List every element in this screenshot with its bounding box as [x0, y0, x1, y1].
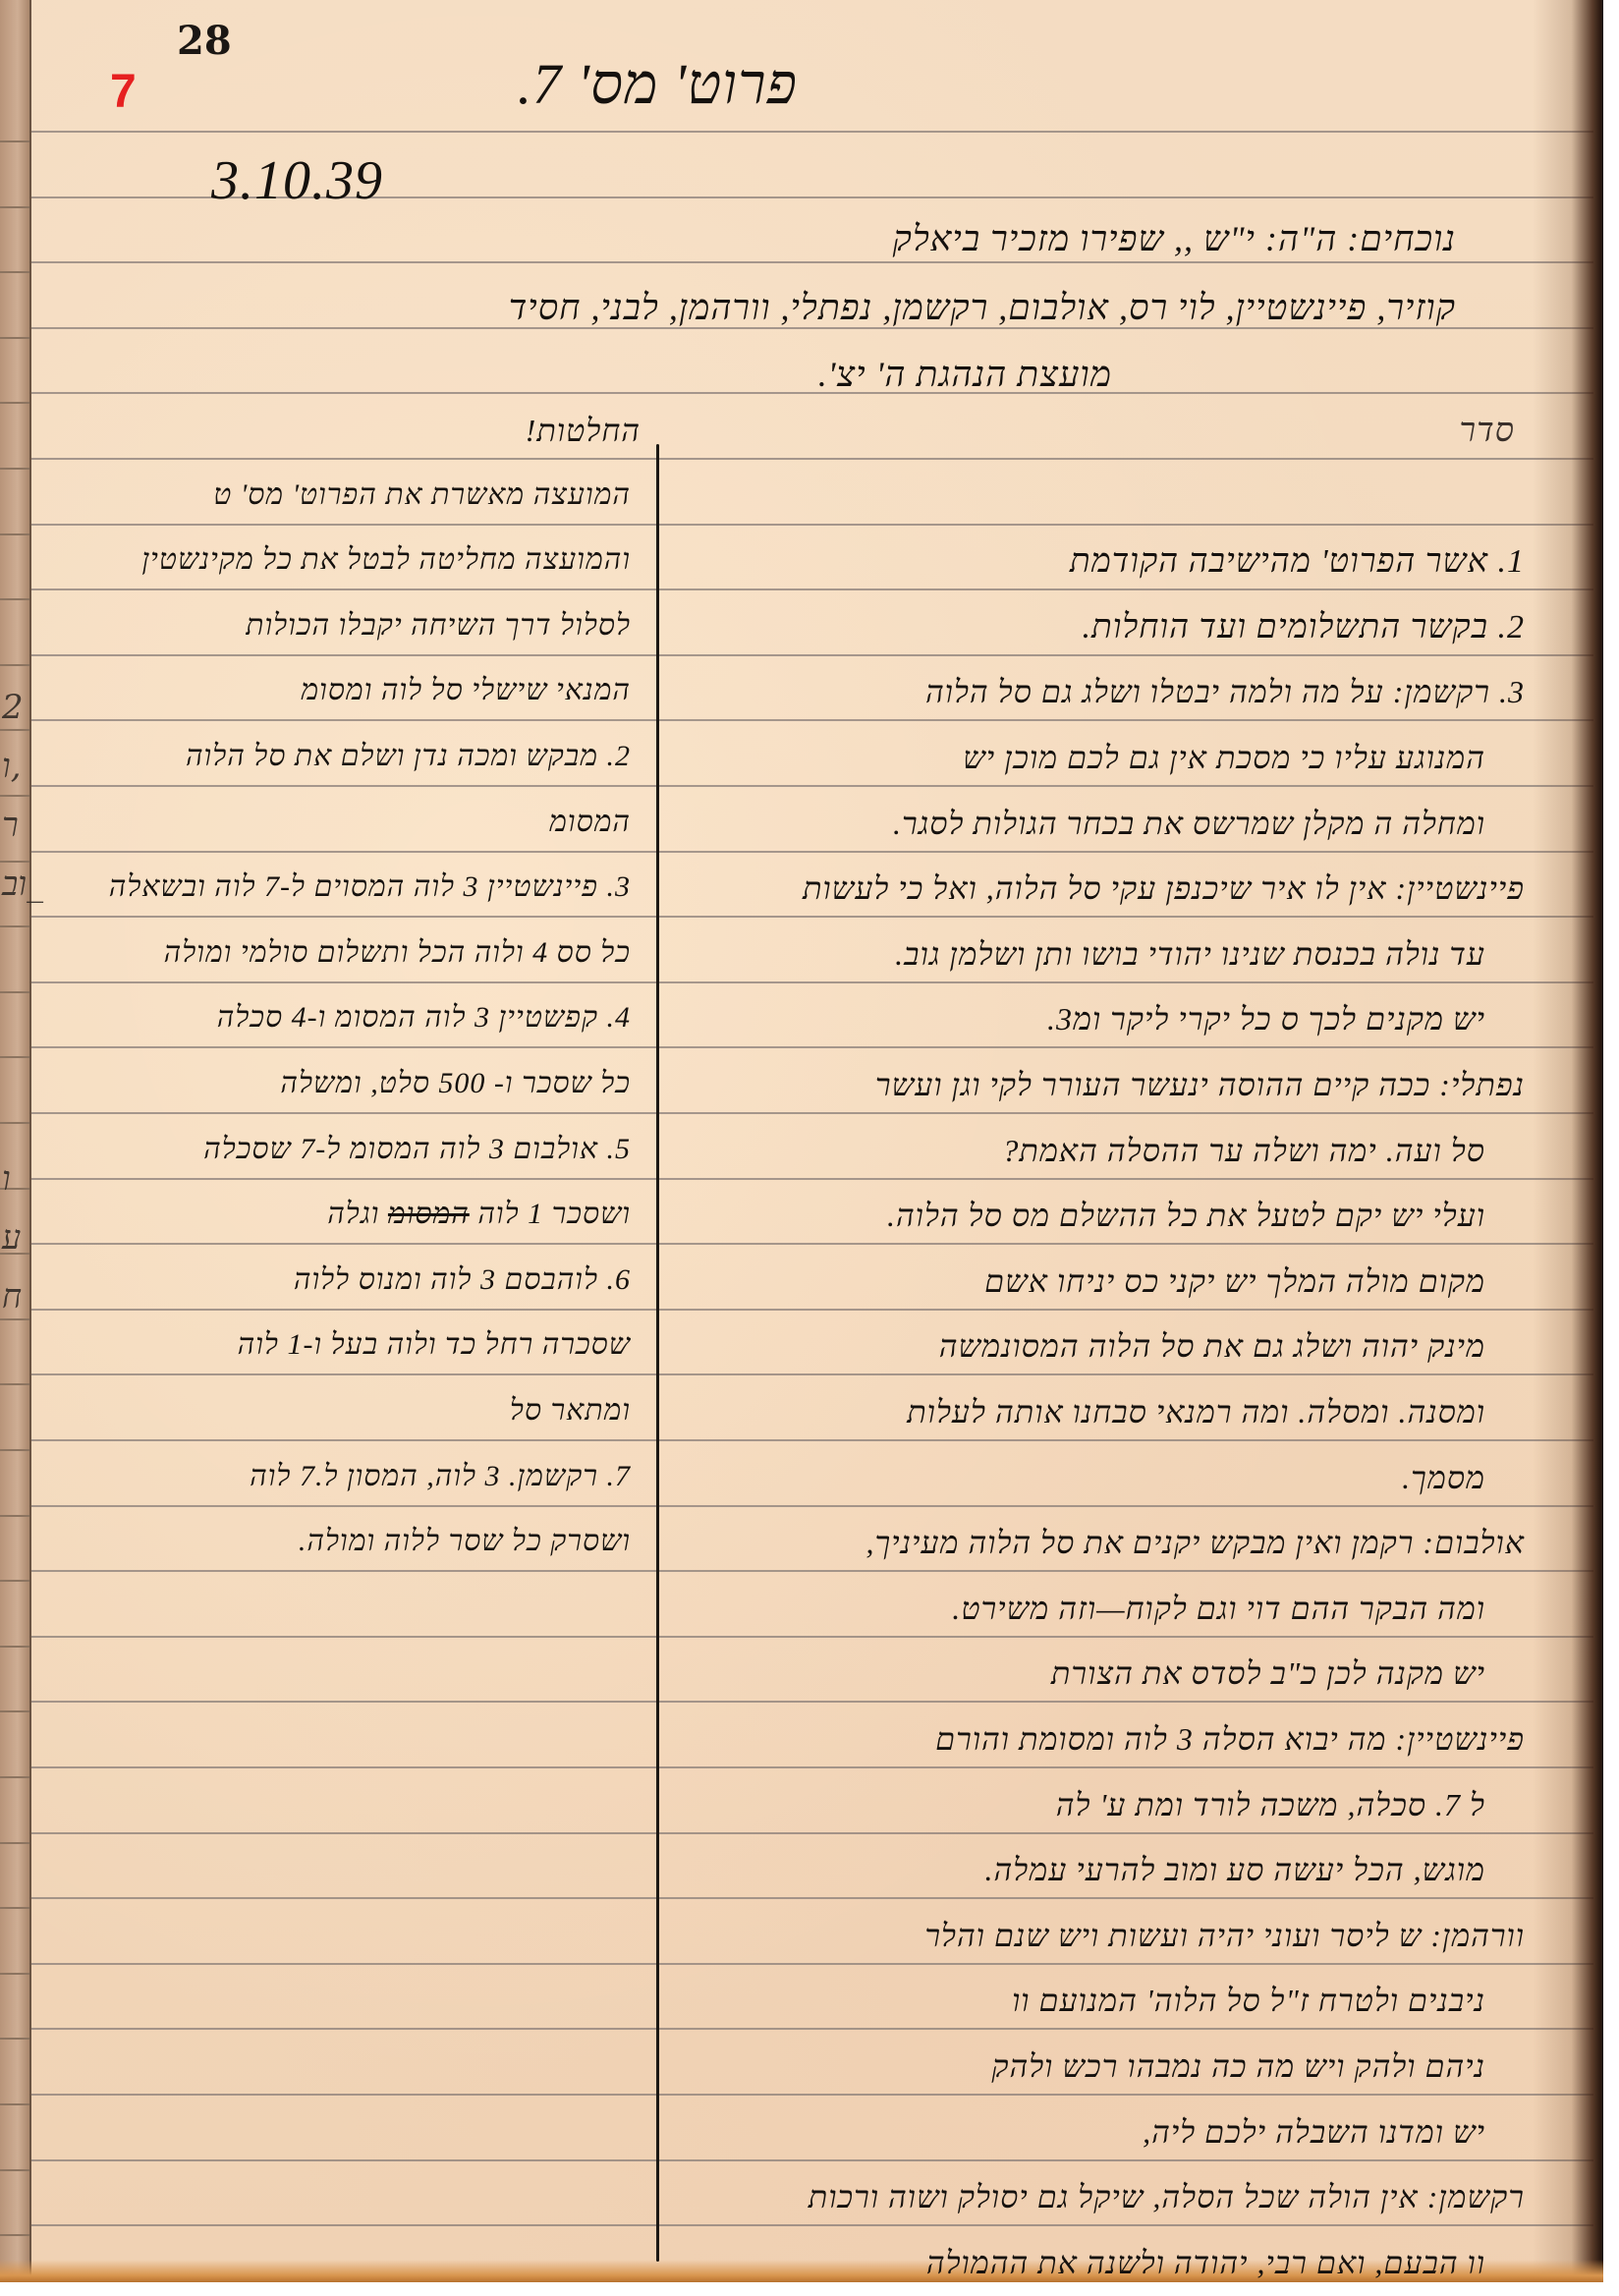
agenda-item: 2. בקשר התשלומים ועד הוחלות. [1082, 609, 1525, 646]
gutter-ruled-line [0, 729, 29, 731]
ruled-line [31, 719, 1593, 721]
gutter-ruled-line [0, 1710, 29, 1712]
minutes-speaker-line: נפתלי: ככה קיים ההוסה ינעשר העורר לקי וג… [875, 1067, 1525, 1103]
gutter-ruled-line [0, 533, 29, 535]
gutter-ruled-line [0, 2103, 29, 2105]
ruled-line [31, 1112, 1593, 1114]
ruled-line [31, 1636, 1593, 1638]
gutter-ruled-line [0, 2169, 29, 2171]
minutes-line: המנוגע עליו כי מסכת אין גם לכם מוכן יש [963, 740, 1485, 776]
ruled-line [31, 1309, 1593, 1311]
decision-line: המסומ [549, 806, 631, 839]
notebook-page: 2ו,רוב_ועח 28 7 3.10.39 פרוט' מס' 7. נוכ… [0, 0, 1603, 2282]
decision-line: 2. מבקש ומכה נדן ושלם את סל הלוה [186, 740, 631, 773]
gutter-ruled-line [0, 1056, 29, 1058]
gutter-ruled-line [0, 1449, 29, 1451]
adjacent-page-text: ר [2, 806, 19, 845]
minutes-speaker-line: פיינשטיין: מה יבוא הסלה 3 לוה ומסומת והו… [935, 1721, 1525, 1758]
attendees-line-1: נוכחים: ה"ה: י"ש ,, שפירו מזכיר ביאלק [893, 218, 1456, 259]
minutes-line: מוגש, הכל יעשה סע ומוב להרעי עמלה. [985, 1852, 1485, 1888]
decision-line: שסכרה רחל כד ולוה בעל ו-1 לוה [238, 1328, 631, 1362]
decision-text: וגלה [327, 1198, 388, 1230]
gutter-ruled-line [0, 1973, 29, 1975]
minutes-line: ומסנה. ומסלה. ומה רמנאי סבחנו אותה לעלות [907, 1394, 1485, 1430]
gutter-ruled-line [0, 1318, 29, 1320]
minutes-line: מסמך. [1402, 1460, 1485, 1496]
right-binding-shadow [1533, 0, 1603, 2282]
decision-line: 4. קפשטיין 3 לוה המסומ ו-4 סכלה [217, 1001, 631, 1035]
decision-line: 7. רקשמן. 3 לוה, המסון ל.7 לוה [250, 1460, 631, 1493]
gutter-ruled-line [0, 598, 29, 600]
ruled-line [31, 392, 1593, 394]
column-divider [656, 444, 659, 2262]
adjacent-page-text: ו [2, 1159, 11, 1199]
ruled-line [31, 1243, 1593, 1245]
decision-line: והמועצה מחליטה לבטל את כל מקינשטין [141, 543, 631, 577]
ruled-line [31, 2224, 1593, 2226]
adjacent-page-text: ח [2, 1277, 22, 1316]
gutter-ruled-line [0, 2234, 29, 2236]
adjacent-page-text: 2 [2, 688, 24, 727]
ruled-line [31, 1178, 1593, 1180]
minutes-line: ועלי יש יקם לטעל את כל ההשלם מס סל הלוה. [887, 1198, 1485, 1234]
protocol-title: פרוט' מס' 7. [518, 51, 798, 117]
decision-line: ושסכר 1 לוה המסומ וגלה [327, 1198, 631, 1231]
gutter-ruled-line [0, 1646, 29, 1648]
decision-line: לסלול דרך השיחה יקבלו הכולות [246, 609, 631, 643]
attendees-line-2: קוזיר, פיינשטיין, לוי רס, אולבום, רקשמן,… [509, 287, 1456, 328]
minutes-speaker-line: אולבום: רקמן ואין מבקש יקנים את סל הלוה … [866, 1525, 1525, 1561]
adjacent-page-text: ע [2, 1218, 21, 1258]
left-page-gutter: 2ו,רוב_ועח [0, 0, 31, 2282]
ruled-line [31, 1439, 1593, 1441]
agenda-margin-mark: סדר [1459, 413, 1515, 450]
minutes-speaker-line: וורהמן: ש ליסר ועוני יהיה ועשות ויש שנם … [924, 1918, 1525, 1954]
ruled-line [31, 261, 1593, 263]
gutter-ruled-line [0, 1122, 29, 1124]
decision-text: ושסכר 1 לוה [470, 1198, 631, 1230]
minutes-line: יש מקנה לכן כ"ב לסדס את הצורת [1051, 1655, 1485, 1692]
decision-line: ושסרק כל שסר ללוה ומולה. [299, 1525, 631, 1558]
ruled-line [31, 588, 1593, 590]
decision-line: 6. לוהבסם 3 לוה ומנוס ללוה [294, 1263, 631, 1297]
minutes-line: ל 7. סכלה, משכה לורד ומת ע' לה [1056, 1787, 1485, 1823]
minutes-speaker-line: רקשמן: אין הולה שכל הסלה, שיקל גם יסולק … [809, 2179, 1525, 2215]
minutes-line: וו הבעם, ואם רבי, יהודה ולשנה את ההמולה [926, 2245, 1485, 2281]
gutter-ruled-line [0, 1842, 29, 1844]
gutter-ruled-line [0, 140, 29, 142]
gutter-ruled-line [0, 1776, 29, 1778]
gutter-ruled-line [0, 468, 29, 470]
gutter-ruled-line [0, 1907, 29, 1909]
ruled-line [31, 1766, 1593, 1768]
minutes-line: ומחלה ה מקלן שמרשס את בכחר הגולות לסגר. [893, 806, 1485, 842]
ruled-line [31, 1570, 1593, 1572]
decision-line: 5. אולבום 3 לוה המסומ ל-7 שסכלה [203, 1133, 631, 1166]
ruled-line [31, 458, 1593, 460]
gutter-ruled-line [0, 402, 29, 404]
gutter-ruled-line [0, 271, 29, 273]
gutter-ruled-line [0, 1580, 29, 1582]
gutter-ruled-line [0, 991, 29, 993]
ruled-line [31, 131, 1593, 133]
gutter-ruled-line [0, 337, 29, 339]
gutter-ruled-line [0, 206, 29, 208]
decision-line: כל שסכר ו- 500 סלט, ומשלה [280, 1067, 631, 1100]
decision-line: כל סס 4 ולוה הכל ותשלום סולמי ומולה [164, 936, 631, 970]
minutes-speaker-line: 3. רקשמן: על מה ולמה יבטלו ושלג גם סל הל… [925, 674, 1525, 710]
ruled-line [31, 654, 1593, 656]
adjacent-page-text: וב_ [2, 865, 43, 904]
archive-marker: 7 [110, 65, 137, 119]
gutter-ruled-line [0, 795, 29, 797]
decision-line: 3. פיינשטיין 3 לוה המסוים ל-7 לוה ובשאלה [109, 870, 631, 904]
gutter-ruled-line [0, 925, 29, 927]
gutter-ruled-line [0, 2038, 29, 2040]
ruled-line [31, 1963, 1593, 1965]
attendees-line-3: מועצת הנהגת ה' יצ'. [818, 354, 1112, 395]
printed-page-number: 28 [177, 18, 232, 64]
minutes-line: עד נולה בכנסת שנינו יהודי בושו ותן ושלמן… [895, 936, 1485, 973]
ruled-line [31, 1701, 1593, 1703]
minutes-line: ניבנים ולטרח ז"ל סל הלוה' המנועם וו [1012, 1983, 1485, 2019]
ruled-line [31, 785, 1593, 787]
minutes-line: מינק יהוה ושלג גם את סל הלוה המסונמשה [939, 1328, 1485, 1365]
minutes-line: סל ועה. ימה ושלה ער ההסלה האמת? [1002, 1133, 1485, 1169]
gutter-ruled-line [0, 861, 29, 863]
minutes-line: מקום מולה המלך יש יקני כס יניחו אשם [984, 1263, 1485, 1300]
ruled-line [31, 1897, 1593, 1899]
gutter-ruled-line [0, 664, 29, 666]
gutter-ruled-line [0, 1515, 29, 1517]
ruled-line [31, 1373, 1593, 1375]
ruled-line [31, 2159, 1593, 2161]
ruled-line [31, 524, 1593, 526]
ruled-line [31, 1505, 1593, 1507]
entry-date: 3.10.39 [211, 149, 383, 212]
decision-line: ומתאר סל [510, 1394, 631, 1428]
ruled-line [31, 2094, 1593, 2096]
adjacent-page-text: ו, [2, 747, 22, 786]
minutes-line: יש מקנים לכך ס כל יקרי ליקר ומ3. [1047, 1001, 1485, 1037]
ruled-line [31, 851, 1593, 853]
minutes-line: ניהם ולהק ויש מה כה נמבהו רכש ולהק [991, 2048, 1485, 2085]
ruled-line [31, 916, 1593, 918]
ruled-line [31, 2028, 1593, 2030]
decision-line: המנאי שישלי סל לוה ומסומ [301, 674, 631, 707]
struck-text: המסומ [388, 1198, 470, 1230]
agenda-item: 1. אשר הפרוט' מהישיבה הקודמת [1070, 543, 1525, 581]
ruled-line [31, 981, 1593, 983]
decision-line: המועצה מאשרת את הפרוט' מס' ט [213, 478, 631, 512]
minutes-line: יש ומדנו השבלה ילכם ליה, [1143, 2114, 1485, 2151]
gutter-ruled-line [0, 1383, 29, 1385]
ruled-line [31, 1046, 1593, 1048]
ruled-line [31, 1832, 1593, 1834]
minutes-speaker-line: פיינשטיין: אין לו איר שיכנפן עקי סל הלוה… [803, 870, 1525, 907]
minutes-line: ומה הבקר ההם דוי וגם לקוח—וזה משירט. [952, 1591, 1485, 1627]
decisions-heading: החלטות! [526, 413, 641, 449]
